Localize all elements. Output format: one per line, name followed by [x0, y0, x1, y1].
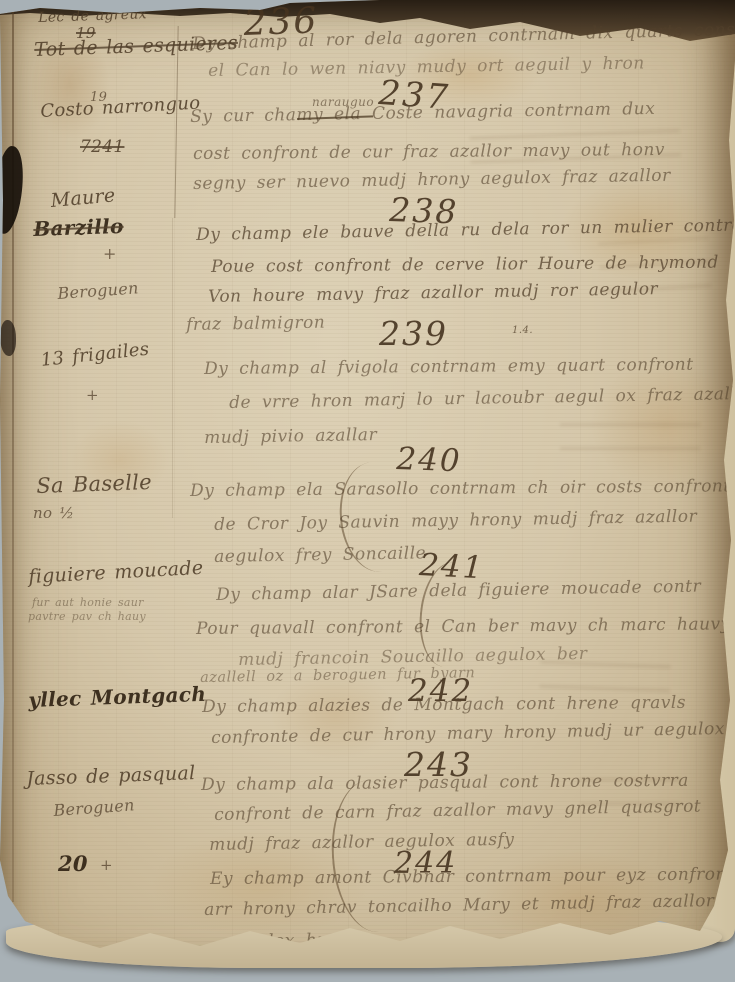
entry-line: Dy champ ela Sarasollo contrnam ch oir c…: [190, 478, 731, 500]
margin-note: Jasso de pasqual: [26, 764, 196, 789]
entry-line: cost confront de cur fraz azallor mavy o…: [193, 142, 665, 163]
margin-note: +: [86, 388, 99, 403]
entry-line: Dy champ al fvigola contrnam emy quart c…: [204, 357, 694, 378]
entry-line: Dy champ ele bauve della ru dela ror un …: [196, 217, 735, 244]
entry-line: Sy cur chamy ela Coste navagria contrnam…: [190, 101, 655, 126]
entry-line: confront de carn fraz azallor mavy gnell…: [214, 798, 701, 823]
entry-number: 239: [379, 317, 448, 350]
entry-line: segny ser nuevo mudj hrony aegulox fraz …: [193, 168, 671, 193]
parchment-page: Lec de agreux 19 Tot de las esquieres 23…: [0, 0, 735, 982]
margin-note: fur aut honie saur: [32, 597, 144, 608]
margin-note: 20: [58, 853, 88, 874]
entry-line: aegulox frey Soncaille: [214, 545, 426, 566]
entry-line: Ey champ amont Civbnar contrnam pour eyz…: [210, 866, 735, 888]
side-mark: 1.4.: [512, 326, 533, 336]
entry-line: Dy champ alar JSare dela figuiere moucad…: [216, 579, 701, 604]
margin-note: yllec Montgach: [28, 684, 206, 710]
margin-note: 13 frigailes: [40, 341, 150, 370]
entry-line: Pour quavall confront el Can ber mavy ch…: [196, 616, 731, 638]
entry-line: Dy champ ala olasier pasqual cont hrone …: [201, 773, 689, 794]
margin-note: Lec de agreux: [38, 7, 147, 25]
margin-note: Maure: [50, 186, 116, 211]
entry-line: mudj pivio azallar: [204, 427, 377, 447]
margin-note: Sa Baselle: [36, 472, 152, 497]
ink-blot: [0, 320, 16, 356]
entry-number: 240: [396, 444, 462, 477]
margin-note: +: [103, 246, 117, 262]
margin-note: Beroguen: [53, 797, 135, 819]
margin-note: Barzillo: [33, 216, 124, 239]
stain: [590, 360, 735, 490]
entry-line: Poue cost confront de cerve lior Houre d…: [211, 255, 719, 276]
margin-note: 7241: [80, 139, 124, 156]
entry-number: 241: [418, 550, 485, 584]
bleedthrough-smudge: [560, 410, 700, 460]
binding-fold-line: [12, 0, 14, 902]
entry-line: fraz balmigron: [186, 315, 325, 334]
entry-line: confronte de cur hrony mary hrony mudj u…: [211, 720, 735, 747]
margin-note: pavtre pav ch hauy: [28, 611, 146, 622]
entry-line: de Cror Joy Sauvin mayy hrony mudj fraz …: [214, 509, 697, 534]
scanned-manuscript-page: Lec de agreux 19 Tot de las esquieres 23…: [0, 0, 735, 982]
entry-line: mudj fraz azallor aegulox ausfy: [209, 832, 515, 854]
ink-blot: [0, 145, 28, 236]
margin-note: figuiere moucade: [28, 559, 204, 587]
entry-line: Dy champ alazies de Montgach cont hrene …: [202, 695, 686, 716]
entry-line: arr hrony chrav toncailho Mary et mudj f…: [204, 893, 715, 919]
margin-note: no ½: [33, 506, 74, 521]
margin-note: +: [100, 858, 113, 873]
margin-note: Beroguen: [57, 280, 139, 302]
entry-line: de vrre hron marj lo ur lacoubr aegul ox…: [229, 386, 735, 412]
margin-divider-line: [172, 218, 173, 518]
entry-line: Von houre mavy fraz azallor mudj ror aeg…: [208, 281, 658, 306]
